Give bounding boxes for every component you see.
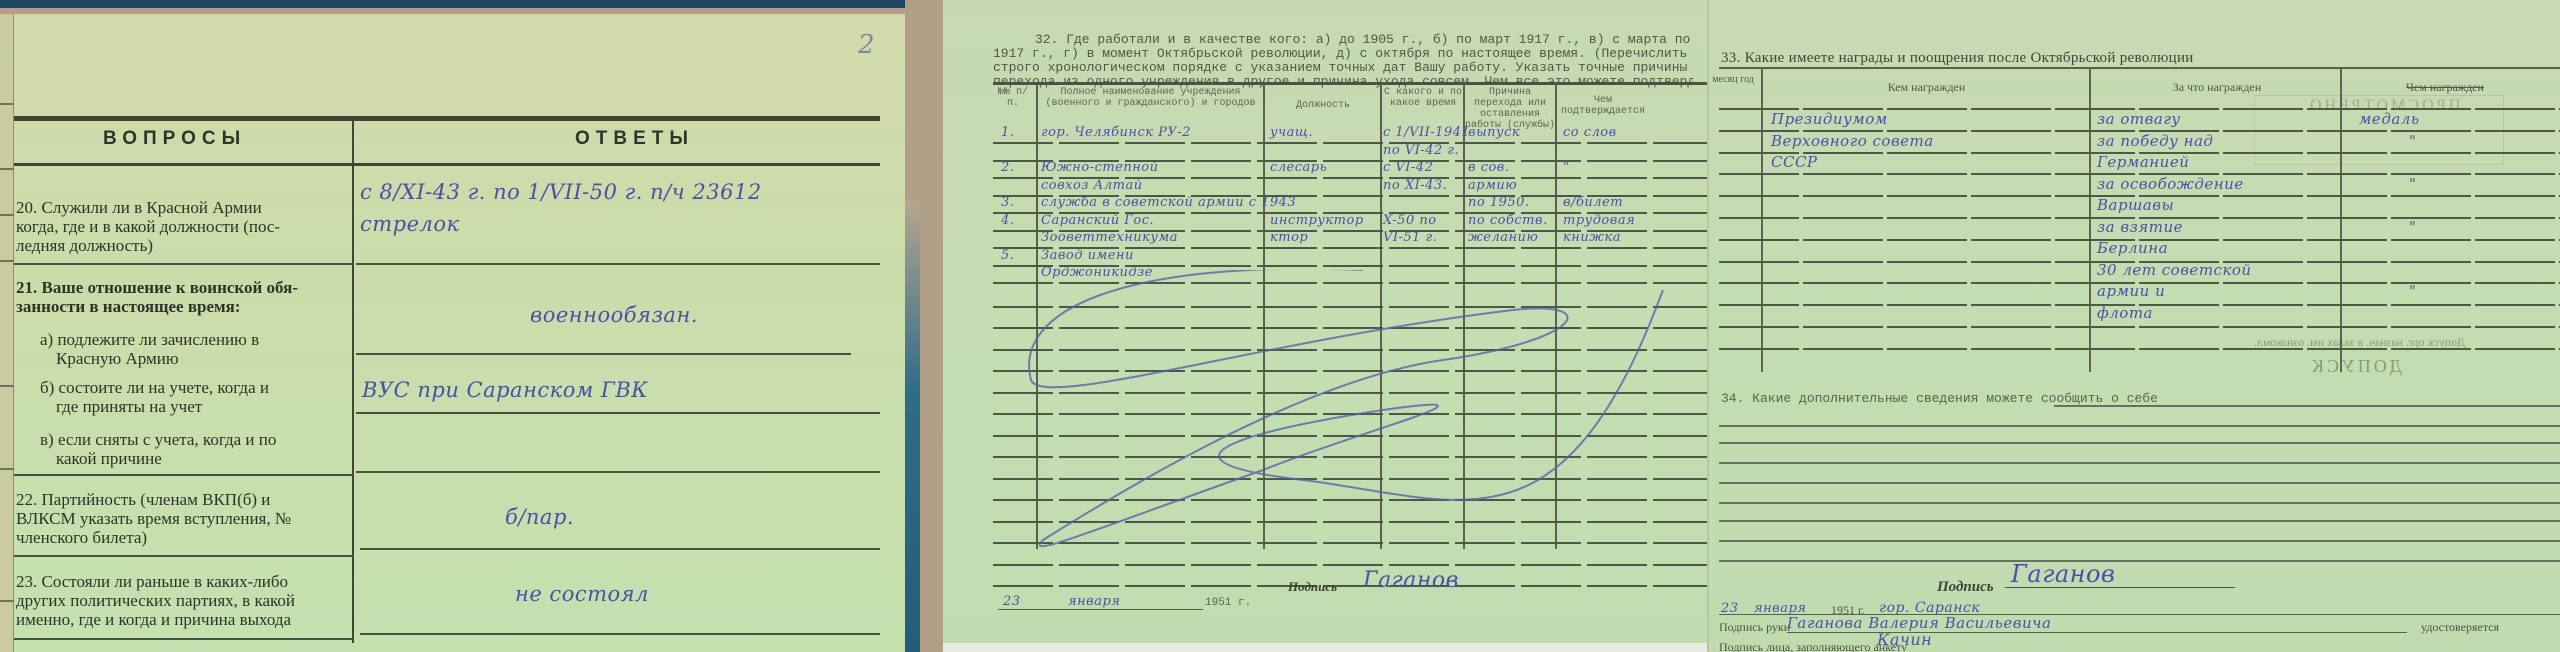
table-top-rule <box>14 116 880 121</box>
employment-cell-period: по VI-42 г. <box>1383 143 1459 158</box>
question-21: 21. Ваше отношение к воинской обя- занно… <box>16 278 346 316</box>
award-cell-for: за взятие <box>2097 218 2183 236</box>
employment-cell-proof: со слов <box>1563 125 1617 140</box>
answer-rule <box>360 548 880 550</box>
answer-rule <box>1719 462 2560 464</box>
question-20: 20. Служили ли в Красной Армии когда, гд… <box>16 198 346 255</box>
col-header-position: Должность <box>1268 100 1378 111</box>
award-cell-award: " <box>2409 175 2416 193</box>
employment-cell-reason: выпуск <box>1468 125 1520 140</box>
employment-cell-period: с VI-42 <box>1383 160 1433 175</box>
award-cell-award: медаль <box>2359 110 2419 128</box>
table-header-rule <box>14 163 880 166</box>
date-day: 23 <box>1003 594 1021 609</box>
question-34-title: 34. Какие дополнительные сведения можете… <box>1721 391 2158 406</box>
middle-page: 32. Где работали и в качестве кого: а) д… <box>943 0 1713 652</box>
answer-rule <box>1719 442 2560 444</box>
answer-rule <box>356 412 880 414</box>
employment-cell-org: Саранский Гос. <box>1041 213 1154 228</box>
table-row-rule <box>993 564 1713 566</box>
answers-header: ОТВЕТЫ <box>575 128 694 150</box>
signature-rule <box>2005 587 2235 588</box>
binding-spine-top <box>905 0 920 200</box>
answer-20-line-2: стрелок <box>360 212 460 236</box>
answer-rule <box>1719 520 2560 522</box>
answer-rule <box>1719 425 2560 427</box>
question-33-title: 33. Какие имеете награды и поощрения пос… <box>1721 50 2194 67</box>
employment-cell-period: с 1/VII-1941 <box>1383 125 1470 140</box>
employment-cell-position: учащ. <box>1270 125 1313 140</box>
signature: Гаганов <box>2011 560 2115 588</box>
employment-cell-org: Завод имени <box>1041 248 1134 263</box>
question-32-text: 32. Где работали и в качестве кого: а) д… <box>993 33 1693 89</box>
employment-cell-num: 3. <box>1001 195 1014 210</box>
row-rule <box>14 555 354 557</box>
answer-rule <box>2054 405 2560 407</box>
col-header-organization: Полное наименование учреждения (военного… <box>1038 87 1263 109</box>
employment-cell-org: Зооветтехникума <box>1041 230 1178 245</box>
row-rule <box>14 474 354 476</box>
employment-cell-org: гор. Челябинск РУ-2 <box>1041 125 1191 140</box>
date-rule <box>998 609 1203 610</box>
corner-page-mark: 2 <box>858 30 875 60</box>
employment-cell-position: ктор <box>1270 230 1308 245</box>
question-21c: в) если сняты с учета, когда и по какой … <box>40 430 346 468</box>
employment-cell-reason: армию <box>1468 178 1517 193</box>
employment-cell-period: по XI-43. <box>1383 178 1447 193</box>
award-cell-for: Берлина <box>2097 239 2168 257</box>
employment-cell-position: слесарь <box>1270 160 1327 175</box>
question-23: 23. Состояли ли раньше в каких-либо друг… <box>16 572 346 629</box>
answer-22: б/пар. <box>505 505 574 529</box>
employment-cell-proof: книжка <box>1563 230 1621 245</box>
employment-cell-num: 1. <box>1001 125 1014 140</box>
employment-cell-proof: трудовая <box>1563 213 1635 228</box>
award-cell-for: армии и <box>2097 282 2165 300</box>
employment-cell-org: служба в советской армии с 1943 <box>1041 195 1296 210</box>
table-row-rule <box>993 585 1713 587</box>
answer-21a: военнообязан. <box>530 303 698 327</box>
col-header-awarded-by: Кем награжден <box>1764 80 2089 95</box>
question-21a: а) подлежите ли зачислению в Красную Арм… <box>40 330 346 368</box>
hand-signature-label: Подпись руки <box>1719 620 1790 635</box>
answer-rule <box>360 633 880 635</box>
employment-cell-num: 5. <box>1001 248 1014 263</box>
employment-cell-reason: желанию <box>1468 230 1538 245</box>
award-cell-by: Верховного совета <box>1771 132 1934 150</box>
table-row-rule <box>1719 348 2560 350</box>
employment-cell-proof: в/билет <box>1563 195 1623 210</box>
employment-cell-period: VI-51 г. <box>1383 230 1437 245</box>
answer-rule <box>356 471 880 473</box>
employment-cell-org: совхоз Алтай <box>1041 178 1143 193</box>
employment-cell-num: 4. <box>1001 213 1014 228</box>
faded-stamp-text-3: ДОПУСК <box>2309 356 2402 377</box>
date-year: 1951 г. <box>1205 597 1251 609</box>
employment-cell-position: инструктор <box>1270 213 1364 228</box>
employment-cell-org: Южно-степной <box>1041 160 1159 175</box>
col-header-awarded-for: За что награжден <box>2092 80 2342 95</box>
award-cell-award: " <box>2409 218 2416 236</box>
award-cell-award: " <box>2409 282 2416 300</box>
award-cell-for: за отвагу <box>2097 110 2181 128</box>
award-cell-by: СССР <box>1771 153 1818 171</box>
column-divider <box>352 118 354 643</box>
award-cell-for: 30 лет советской <box>2097 261 2252 279</box>
answer-23: не состоял <box>515 582 649 606</box>
award-cell-for: Варшавы <box>2097 196 2174 214</box>
signature: Гаганов <box>1363 568 1459 593</box>
page-bottom-edge <box>943 643 1713 652</box>
answer-rule <box>1719 540 2560 542</box>
answer-20-line-1: с 8/XI-43 г. по 1/VII-50 г. п/ч 23612 <box>360 180 762 204</box>
award-cell-award: " <box>2409 132 2416 150</box>
award-cell-by: Президиумом <box>1771 110 1888 128</box>
filler-signature: Качин <box>1877 630 1932 649</box>
date-month: января <box>1068 594 1120 609</box>
employment-cell-reason: по собств. <box>1468 213 1548 228</box>
row-rule <box>14 638 354 640</box>
employment-cell-num: 2. <box>1001 160 1014 175</box>
employment-cell-period: X-50 по <box>1383 213 1437 228</box>
award-cell-for: флота <box>2097 304 2153 322</box>
right-page: 33. Какие имеете награды и поощрения пос… <box>1707 0 2560 652</box>
award-cell-for: Германией <box>2097 153 2189 171</box>
answer-rule <box>1719 482 2560 484</box>
left-page: 2 ВОПРОСЫ ОТВЕТЫ 20. Служили ли в Красно… <box>0 0 905 652</box>
col-header-proof: Чем подтверждается <box>1558 95 1648 117</box>
answer-rule <box>1719 560 2560 562</box>
question-22: 22. Партийность (членам ВКП(б) и ВЛКСМ у… <box>16 490 346 547</box>
cancellation-scribble <box>1003 270 1713 560</box>
answer-21b: ВУС при Саранском ГВК <box>362 378 648 402</box>
table-top-rule <box>1719 67 2560 69</box>
col-header-date: месяц год <box>1709 74 1757 85</box>
award-cell-for: за победу над <box>2097 132 2213 150</box>
award-cell-for: за освобождение <box>2097 175 2244 193</box>
employment-cell-proof: " <box>1563 160 1569 175</box>
employment-cell-reason: в сов. <box>1468 160 1510 175</box>
hand-signature-suffix: удостоверяется <box>2421 620 2499 635</box>
signature-label: Подпись <box>1288 579 1337 595</box>
answer-rule <box>356 263 880 265</box>
table-row-rule <box>1719 326 2560 328</box>
col-header-award: Чем награжден <box>2345 80 2545 95</box>
col-header-number: №№ п/п. <box>993 87 1033 109</box>
answer-rule <box>356 353 851 355</box>
table-top-rule <box>993 82 1713 85</box>
row-rule <box>14 263 354 265</box>
previous-page-edge <box>0 14 14 652</box>
answer-rule <box>1719 502 2560 504</box>
questions-header: ВОПРОСЫ <box>103 128 246 150</box>
table-row-rule <box>993 142 1713 144</box>
employment-cell-reason: по 1950. <box>1468 195 1530 210</box>
col-header-period: С какого и по какое время <box>1383 87 1463 109</box>
signature-label: Подпись <box>1937 579 1994 596</box>
question-21b: б) состоите ли на учете, когда и где при… <box>40 378 346 416</box>
